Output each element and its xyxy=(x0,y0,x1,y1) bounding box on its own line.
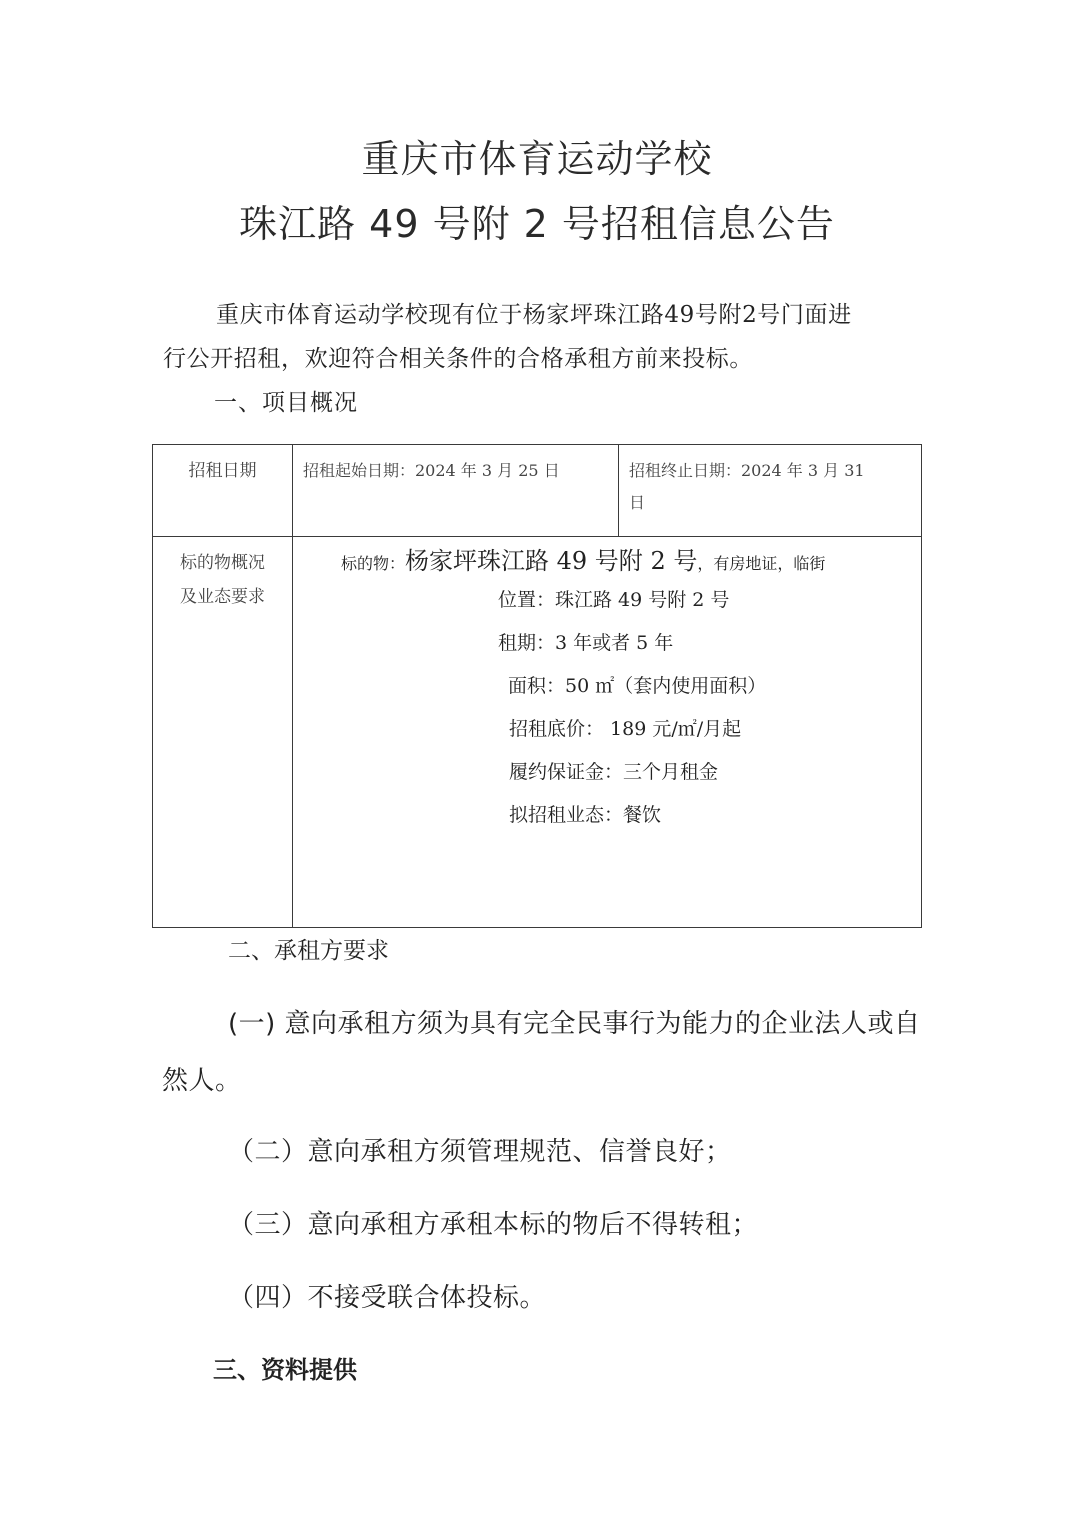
table-cell-end-date: 招租终止日期：2024 年 3 月 31 日 xyxy=(619,445,922,537)
intro-paragraph-line2: 行公开招租，欢迎符合相关条件的合格承租方前来投标。 xyxy=(163,340,753,373)
subject-label-line2: 及业态要求 xyxy=(153,580,292,614)
term-line: 租期：3 年或者 5 年 xyxy=(498,628,673,655)
subject-main: 杨家坪珠江路 49 号附 2 号 xyxy=(405,547,697,575)
requirement-3: （三）意向承租方承租本标的物后不得转租； xyxy=(228,1204,758,1241)
requirement-1-line1: (一) 意向承租方须为具有完全民事行为能力的企业法人或自 xyxy=(228,1003,921,1040)
area-line: 面积：50 ㎡（套内使用面积） xyxy=(508,671,766,698)
section3-heading: 三、资料提供 xyxy=(213,1350,357,1385)
intro-paragraph-line1: 重庆市体育运动学校现有位于杨家坪珠江路49号附2号门面进 xyxy=(216,296,852,329)
table-row-subject-overview: 标的物概况 及业态要求 标的物：杨家坪珠江路 49 号附 2 号，有房地证，临街… xyxy=(153,537,922,928)
document-title-line1: 重庆市体育运动学校 xyxy=(0,128,1074,183)
section2-heading: 二、承租方要求 xyxy=(228,932,389,965)
end-date-line2: 日 xyxy=(629,487,911,519)
start-date-text: 招租起始日期：2024 年 3 月 25 日 xyxy=(303,461,560,480)
location-line: 位置：珠江路 49 号附 2 号 xyxy=(498,585,729,612)
table-cell-label: 招租日期 xyxy=(153,445,293,537)
project-overview-table: 招租日期 招租起始日期：2024 年 3 月 25 日 招租终止日期：2024 … xyxy=(152,444,922,928)
deposit-line: 履约保证金：三个月租金 xyxy=(509,757,718,784)
business-type-line: 拟招租业态：餐饮 xyxy=(509,800,661,827)
base-price-line: 招租底价： 189 元/㎡/月起 xyxy=(509,714,741,741)
table-cell-start-date: 招租起始日期：2024 年 3 月 25 日 xyxy=(293,445,619,537)
requirement-2: （二）意向承租方须管理规范、信誉良好； xyxy=(228,1131,732,1168)
lease-dates-label: 招租日期 xyxy=(153,445,292,487)
requirement-4: （四）不接受联合体投标。 xyxy=(228,1277,546,1314)
document-title-line2: 珠江路 49 号附 2 号招租信息公告 xyxy=(0,193,1074,248)
end-date-line1: 招租终止日期：2024 年 3 月 31 xyxy=(629,455,911,487)
subject-line: 标的物：杨家坪珠江路 49 号附 2 号，有房地证，临街 xyxy=(341,541,825,576)
subject-label-line1: 标的物概况 xyxy=(153,546,292,580)
table-cell-subject-details: 标的物：杨家坪珠江路 49 号附 2 号，有房地证，临街 位置：珠江路 49 号… xyxy=(293,537,922,928)
table-row-lease-dates: 招租日期 招租起始日期：2024 年 3 月 25 日 招租终止日期：2024 … xyxy=(153,445,922,537)
requirement-1-line2: 然人。 xyxy=(162,1060,242,1097)
table-cell-label: 标的物概况 及业态要求 xyxy=(153,537,293,928)
section1-heading: 一、项目概况 xyxy=(214,384,358,417)
subject-prefix: 标的物： xyxy=(341,554,405,573)
subject-suffix: ，有房地证，临街 xyxy=(697,554,825,573)
